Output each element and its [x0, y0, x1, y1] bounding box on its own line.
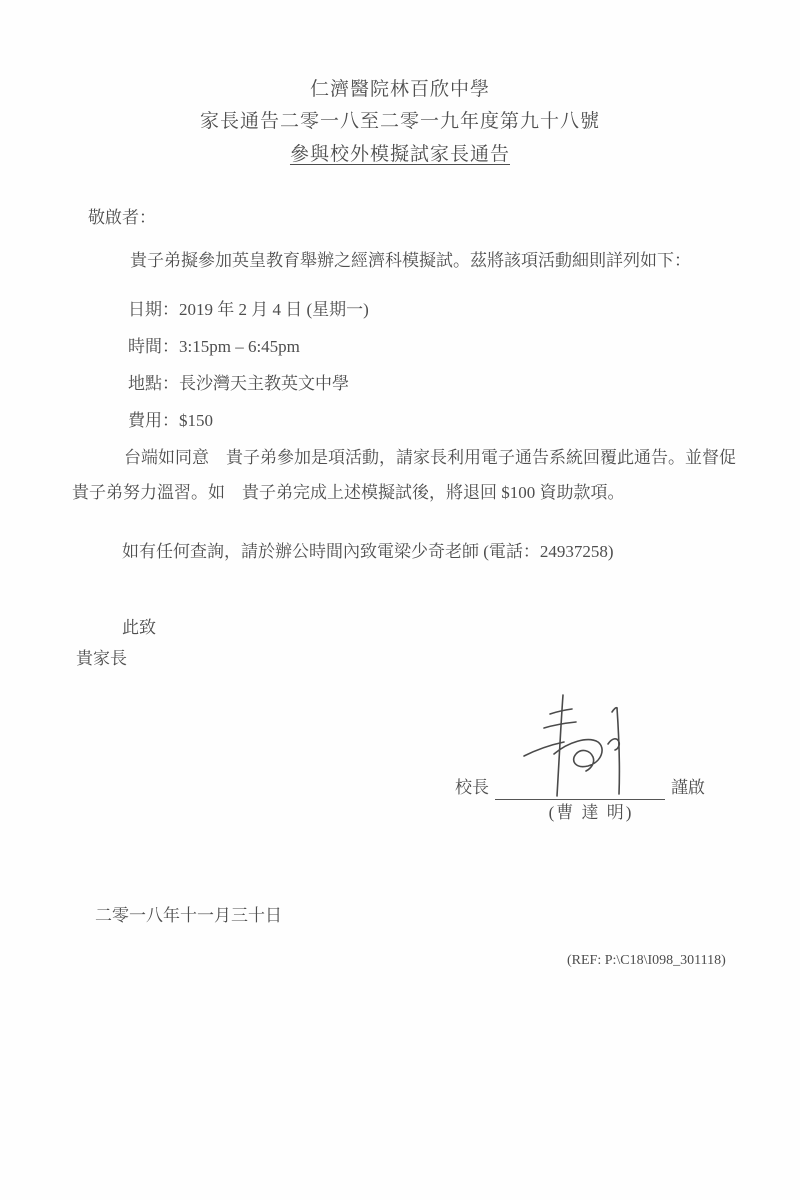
salutation: 敬啟者：	[88, 209, 156, 226]
activity-details: 日期：2019 年 2 月 4 日 (星期一) 時間：3:15pm – 6:45…	[128, 301, 369, 449]
signature-line	[495, 775, 665, 800]
reply-paragraph: 台端如同意 貴子弟參加是項活動，請家長利用電子通告系統回覆此通告。並督促貴子弟努…	[72, 440, 740, 510]
detail-row-venue: 地點：長沙灣天主教英文中學	[128, 375, 369, 392]
respectfully-label: 謹啟	[671, 775, 705, 796]
recipient: 貴家長	[76, 650, 127, 667]
issue-date: 二零一八年十一月三十日	[95, 907, 282, 924]
reference-number: (REF: P:\C18\I098_301118)	[567, 954, 726, 968]
intro-paragraph: 貴子弟擬參加英皇教育舉辦之經濟科模擬試。茲將該項活動細則詳列如下：	[130, 252, 691, 269]
notice-number: 家長通告二零一八至二零一九年度第九十八號	[0, 112, 800, 131]
enquiry-line: 如有任何查詢，請於辦公時間內致電梁少奇老師 (電話：24937258)	[122, 543, 614, 560]
scanned-notice-page: 仁濟醫院林百欣中學 家長通告二零一八至二零一九年度第九十八號 參與校外模擬試家長…	[0, 0, 800, 1200]
detail-row-fee: 費用：$150	[128, 412, 369, 429]
closing-phrase: 此致	[122, 619, 156, 636]
detail-row-time: 時間：3:15pm – 6:45pm	[128, 338, 369, 355]
detail-row-date: 日期：2019 年 2 月 4 日 (星期一)	[128, 301, 369, 318]
signature-row: 校長 謹啟	[455, 775, 705, 800]
principal-name: (曹 達 明)	[505, 804, 677, 821]
school-name: 仁濟醫院林百欣中學	[0, 80, 800, 99]
principal-role-label: 校長	[455, 775, 489, 796]
notice-subject: 參與校外模擬試家長通告	[0, 145, 800, 164]
